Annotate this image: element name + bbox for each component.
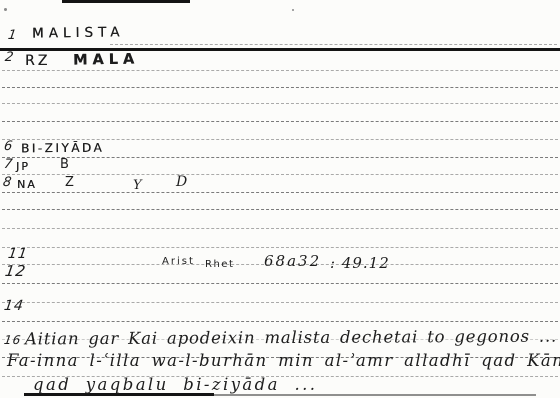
ruled-line <box>110 44 557 45</box>
ruled-line <box>2 192 558 193</box>
line-number: 7 <box>3 158 14 171</box>
ruled-line <box>2 70 558 71</box>
speck <box>292 9 294 11</box>
line-number: 12 <box>4 264 27 279</box>
citation-ref: : 49.12 <box>330 256 390 271</box>
heading-separator-line <box>0 48 560 51</box>
line-number: 16 <box>3 334 22 346</box>
speck <box>4 8 7 11</box>
token-z: Z <box>65 176 74 189</box>
ruled-line <box>2 209 558 210</box>
ruled-line <box>2 302 558 303</box>
arabic-quote-line-1: Fa-inna l-ʿilla wa-l-burhān min al-ʾamr … <box>7 353 560 370</box>
arabic-quote-line-2: qad yaqbalu bi-ziyāda ... <box>33 377 317 394</box>
field-value-mala: MALA <box>73 52 139 68</box>
index-card: 1 MALISTA 2 RZ MALA 6 BI-ZIYĀDA 7 JP B 8… <box>0 0 560 398</box>
headword-bi-ziyada: BI-ZIYĀDA <box>21 142 104 155</box>
citation-work: Rhet <box>205 260 234 270</box>
field-value-b: B <box>60 158 69 171</box>
ruled-line <box>2 157 558 158</box>
citation-locus: 68a32 <box>264 254 321 269</box>
field-code-jp: JP <box>16 161 30 172</box>
greek-quote-line: Aitian gar Kai apodeixin malista decheta… <box>25 329 557 348</box>
ruled-line <box>2 87 558 88</box>
line-number: 6 <box>3 140 14 153</box>
ruled-line <box>2 228 558 229</box>
ruled-line <box>2 247 558 248</box>
field-code-rz: RZ <box>25 54 50 68</box>
ruled-line <box>2 103 558 104</box>
citation-author: Arist <box>162 257 195 267</box>
line-number: 8 <box>2 176 13 189</box>
line-number: 14 <box>3 299 25 313</box>
ruled-line <box>2 174 558 175</box>
token-d: D <box>176 175 187 189</box>
line-number: 1 <box>7 29 18 42</box>
card-bottom-edge-mark <box>214 394 536 396</box>
token-y: Y <box>133 179 142 192</box>
card-top-edge-mark <box>62 0 190 3</box>
headword-malista: MALISTA <box>32 26 125 41</box>
line-number: 11 <box>7 247 29 261</box>
ruled-line <box>2 121 558 122</box>
line-number: 2 <box>4 51 15 64</box>
ruled-line <box>2 321 558 322</box>
ruled-line <box>2 283 558 284</box>
field-code-na: NA <box>17 179 37 190</box>
